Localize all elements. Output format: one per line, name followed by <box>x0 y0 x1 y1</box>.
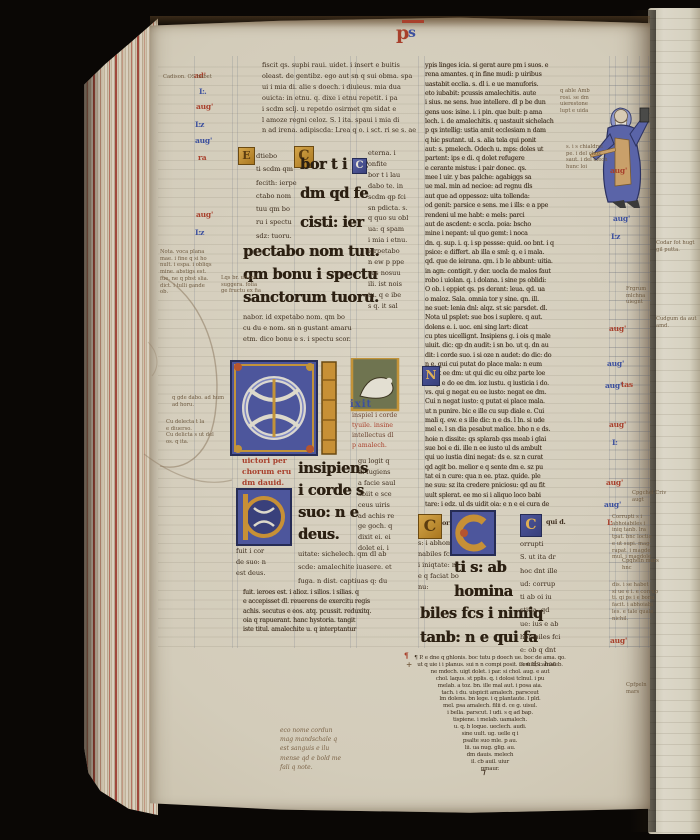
insipiens-right-gloss: gu logit qdl fugiensa facie saulabiit e … <box>358 456 395 554</box>
text-line: aut: s. pmelech. Odech u. mps: doles ut <box>425 145 554 154</box>
text-line: partent: ips e di. q dolet refugere <box>425 154 554 163</box>
text-line: fuit i cor <box>236 546 266 557</box>
text-line: ceus uiris <box>358 500 395 511</box>
text-line: tare: i edz. ul ds uidit oia: e n e ei c… <box>425 500 554 509</box>
text-line: dm dauid. <box>242 477 291 488</box>
note-line: iniq tanb. lra <box>612 527 660 534</box>
marginal-note: dis. i se habetsi ue e i. e corrupti. qi… <box>612 582 660 622</box>
note-line: Cu delecta t la <box>166 419 228 426</box>
text-line: ti scdm qm <box>256 163 297 176</box>
text-line: Cui n negat iusto: q putat ei place mala… <box>425 397 554 406</box>
text-line: n e. qui cui putat do place mala: n eum <box>425 360 554 369</box>
text-line: abiit e sce <box>358 489 395 500</box>
text-line: ru i spectu <box>256 216 297 229</box>
text-line: hoiabiles fci <box>520 631 560 644</box>
note-line: abhoiabiles i <box>612 521 660 528</box>
text-line: il. cb auil. uiur <box>390 759 590 766</box>
text-line: cisti: ier <box>300 208 368 237</box>
text-line: na q: e do ee dm. ioz iustu. q iusticia … <box>425 379 554 388</box>
note-line: Lqs br. ud lra <box>221 275 265 282</box>
ruling-line <box>294 56 295 648</box>
marginal-note: Cpgchel Crivaugt <box>632 490 674 503</box>
gloss-source-mark: aug' <box>605 382 622 390</box>
gloss-source-mark: aug' <box>195 137 212 145</box>
text-line: qd agit bo. melior e q sente dm e. sz pu <box>425 463 554 472</box>
text-line: sine uult. ug. uelle q i <box>390 731 590 738</box>
marginal-note: q gde dabo. ad humad horu. <box>172 395 232 408</box>
text-line: ili. ist nois <box>368 279 408 290</box>
note-line: dict. i tulli gande <box>160 283 224 290</box>
marginal-note: Cpfpelnmars <box>626 682 666 695</box>
dixit-annotation: inspiel i cordetyuile. insineintellectus… <box>352 411 397 451</box>
text-line: qd. que de ieirana. qm. i b le abbunt: u… <box>425 257 554 266</box>
note-line: Cpfpeln <box>626 682 666 689</box>
initial-n-inline: N <box>422 366 440 386</box>
note-line: facit. i abhoiabi <box>612 602 660 609</box>
text-line: i sius. ne sens. hue intellere. dl p be … <box>425 98 554 107</box>
marginal-note: s. i s chialdroipe. i del chossaut. i de… <box>566 144 612 171</box>
note-line: rapat. i magde <box>612 548 660 555</box>
text-line: onfite <box>368 159 408 170</box>
text-line: u. q. b loque. ueclech. audi. <box>390 724 590 731</box>
note-line: fue. ne q pbst slia. <box>160 276 224 283</box>
gloss-source-mark: ra <box>198 154 206 162</box>
text-line: tach. i du. uispicit amalech. parsceut <box>390 690 590 697</box>
text-line: mali q. ew. e s ille dic: n e ds. l ln. … <box>425 416 554 425</box>
text-line: ne suet: lenia dnl: alqz. st sic parsdet… <box>425 304 554 313</box>
text-line: etm. dico bonu e s. i spectu scor. <box>243 334 352 345</box>
marginal-note: Frgrummlchnauiegnt <box>626 286 660 306</box>
text-line: nabor. id expetabo nom. qm bo <box>243 312 352 323</box>
top-gloss-paragraph: fiscit qs. supbi raui. uidet. i insert e… <box>262 60 416 136</box>
text-line: ue mal. min ad necioe: ad regnu dls <box>425 182 554 191</box>
text-line: lech. i. de amalechitis. q uastauit sich… <box>425 117 554 126</box>
text-line: achis. secutus e eos. atq. pcussit. redu… <box>243 607 371 616</box>
lemma-corrupti: ti s: abhomina <box>454 556 513 604</box>
marginal-note: Cadison. OS habet <box>163 74 225 81</box>
text-line: uitate: sichelech. qm dl ab <box>298 548 392 561</box>
gloss-source-mark: + <box>406 661 412 669</box>
text-line: orrupti <box>520 538 560 551</box>
header-letter-s: s <box>408 25 416 41</box>
initial-c-blue: C <box>352 158 367 174</box>
note-line: Cpqheln mars <box>622 558 668 565</box>
gloss-source-mark: Ŀ <box>612 439 617 447</box>
note-line: Corrupti s i <box>612 514 660 521</box>
text-line: rus nosuu <box>368 268 408 279</box>
text-line: de suo: n <box>236 557 266 568</box>
text-line: psice: e differt. ab illa e sml: q. e i … <box>425 248 554 257</box>
text-line: q quo su obl <box>368 213 408 224</box>
note-line: pe. i del chos <box>566 151 612 158</box>
text-line: dl fugiens <box>358 467 395 478</box>
note-line: os. q ita. <box>166 439 228 446</box>
note-line: nichil. <box>612 616 660 623</box>
text-line: dtiebo <box>256 150 297 163</box>
text-line: ne suu: sz ita credere pniciosu: qd au f… <box>425 481 554 490</box>
text-line: aut de ascdent: e sccla. poia: bscho <box>425 220 554 229</box>
text-line: i scdm sclj. u repetdo osirmet qm sidat … <box>262 104 416 115</box>
text-line: scde: amalechite iuasere. et <box>298 561 392 574</box>
note-line: uierestone <box>560 101 602 108</box>
text-line: rendeni ul me habt: e mels: parci <box>425 211 554 220</box>
text-line: putat ee dm: ut qui dic eu oibz parte lo… <box>425 369 554 378</box>
text-line: tyuile. insine <box>352 421 397 431</box>
text-line: mag mandschale q <box>280 735 341 744</box>
text-line: n ad irena. adipiscda: Lrea q o. i sct. … <box>262 125 416 136</box>
note-line: dis. i se habet <box>612 582 660 589</box>
text-line: p amalech. <box>352 441 397 451</box>
note-line: saut. i del elech <box>566 157 612 164</box>
text-line: pectabo nom tuu. <box>243 240 379 263</box>
text-line: homina <box>454 580 513 604</box>
text-line: dolens e. i. uoc. eni sing lart: dicat <box>425 323 554 332</box>
gloss-source-mark: aug' <box>607 360 624 368</box>
text-line: ud: corrup <box>520 578 560 591</box>
text-line: i mia i etnu. <box>368 235 408 246</box>
text-line: bor t i lau <box>368 170 408 181</box>
marginal-note: Codar fot hugtgil putta. <box>656 240 698 253</box>
text-line: oleast. de gentibz. ego aut sn q sui obm… <box>262 71 416 82</box>
text-line: mee l uir. y bas palche: agabiggs sa <box>425 173 554 182</box>
text-line: mel. psa amalech. filii d. ce g. uisul. <box>390 703 590 710</box>
gloss-source-mark: aug' <box>610 637 627 645</box>
text-line: ouicta: in etnu. q. dixe i etnu repetit.… <box>262 93 416 104</box>
note-line: si ue e i. e corrup <box>612 589 660 596</box>
text-line: mense qd e bold me <box>280 754 341 763</box>
note-line: ad horu. <box>172 402 232 409</box>
text-line: fiscit qs. supbi raui. uidet. i insert e… <box>262 60 416 71</box>
note-line: Nota. voca plana <box>160 249 224 256</box>
header-psalm-mark: p s <box>396 18 436 52</box>
note-line: uiegnt <box>626 299 660 306</box>
text-line: uult splerat. ee mo si i aliquo loco bab… <box>425 491 554 500</box>
text-line: uastabit ecclia. s. dl i. e ue manuforis… <box>425 80 554 89</box>
gloss-source-mark: Ŀz <box>195 121 204 129</box>
note-line: Cpgchel Criv <box>632 490 674 497</box>
text-line: ut n punire. bic e ille cu sup diale e. … <box>425 407 554 416</box>
text-line: O ob. i eppiet qs. ps derant: leua. qd. … <box>425 285 554 294</box>
text-line: ue: ius e ab <box>520 618 560 631</box>
manuscript-photo: p s fiscit qs. supbi raui. uidet. i inse… <box>0 0 700 840</box>
text-line: cu du e nom. sn n gustant amaru <box>243 323 352 334</box>
text-line: tispiene. i melab. uamalech. <box>390 717 590 724</box>
insipiens-mid-lines: uitate: sichelech. qm dl abscde: amalech… <box>298 548 392 588</box>
text-line: dm qd fe <box>300 179 368 208</box>
text-line: ypis linges icia. si gerat aure pm i suo… <box>425 61 554 70</box>
text-line: e accepisset dl. reuerens de exercitu re… <box>243 597 371 606</box>
text-line: s q. it sal <box>368 301 408 312</box>
text-line: S. ut ita dr <box>520 551 560 564</box>
text-line: oia q rapuerant. hanc hystoria. tangit <box>243 616 371 625</box>
note-line: s. i s chialdroi <box>566 144 612 151</box>
note-line: Frgrum <box>626 286 660 293</box>
dixit-caption: ixit <box>350 399 372 410</box>
note-line: gil putta. <box>656 247 698 254</box>
note-line: q gde dabo. ad hum <box>172 395 232 402</box>
gloss-source-mark: aug' <box>613 215 630 223</box>
text-line: sue boi e di. ille n ee iusto ul ds ambu… <box>425 444 554 453</box>
gloss-source-mark: ⁊ <box>482 768 486 776</box>
text-line: lm dolens. bn lege. i q plantaute. l pld… <box>390 696 590 703</box>
gloss-source-mark: ¶ <box>404 652 409 660</box>
note-line: Cudgum da aut <box>656 316 698 323</box>
rubric-victori: uictori perchorum erudm dauid. <box>242 455 291 488</box>
text-line: iste titul. amalechite u. q interptantur <box>243 625 371 634</box>
note-line: lupt e uida <box>560 108 602 115</box>
text-line: inspiel i corde <box>352 411 397 421</box>
gloss-source-mark: tas <box>621 381 633 389</box>
wide-small-lines: nabor. id expetabo nom. qm bocu du e nom… <box>243 312 352 345</box>
note-line: Cu delicta s ut del <box>166 432 228 439</box>
note-line: e ut supi. mag <box>612 541 660 548</box>
text-line: ¶ P. e dne q ghlonis. boc tutu p doech u… <box>390 655 590 662</box>
initial-c-corrupti-left: C <box>418 514 442 539</box>
text-line: stitia. qd <box>520 604 560 617</box>
text-line: eto iubabit: pcussis amalechitis. aute <box>425 89 554 98</box>
text-line: eterna. i <box>368 148 408 159</box>
text-line: fuga. n dist. captiuas q: du <box>298 575 392 588</box>
gloss-source-mark: aug' <box>196 103 213 111</box>
note-line: mine. abstigs est. <box>160 269 224 276</box>
text-line: l amoze regni celoz. S. l ita. spaui i m… <box>262 115 416 126</box>
note-line: augt <box>632 497 674 504</box>
text-line: nu: <box>418 582 459 593</box>
text-line: i bella. parscut. l udi. s q ad bap. <box>390 710 590 717</box>
note-line: les. e tale quale <box>612 609 660 616</box>
text-line: hoie n dissite: qs splarab qss meab i gl… <box>425 435 554 444</box>
text-line: a facie saul <box>358 478 395 489</box>
cursive-note: eco nome cordunmag mandschale qest sangu… <box>280 726 341 772</box>
note-line: ge fructu ex fia <box>221 288 265 295</box>
corrupti-right-gloss: orruptiS. ut ita drhoc dnt illeud: corru… <box>520 538 560 671</box>
text-line: tat ei n cure: qua n ee. ptaz. quide. pl… <box>425 472 554 481</box>
text-line: uiuit. dic: qp dn audit: i sn bo. ut q. … <box>425 341 554 350</box>
text-line: dm dauis. melech <box>390 752 590 759</box>
marginal-note: Nota. voca planamae. i fine q si honult.… <box>160 249 224 296</box>
text-line: in agn: contigit. y der. uocla de malos … <box>425 267 554 276</box>
text-line: robo i uiolan. q. i dolana. i sine ps ob… <box>425 276 554 285</box>
text-line: pmaur. <box>390 766 590 773</box>
gloss-source-mark: aug' <box>609 421 626 429</box>
text-line: i iniqtate: n <box>418 560 459 571</box>
gloss-source-mark: Ŀz <box>611 233 620 241</box>
note-line: mars <box>626 689 666 696</box>
left-gloss-column: dtieboti scdm qmfecith: ierpectabo nomtu… <box>240 150 297 243</box>
text-line: od genit: parsice e sens. me i ills: e a… <box>425 201 554 210</box>
text-line: n ew p ppe <box>368 257 408 268</box>
text-line: qui uo iustia dini negat: ds e. sz n cur… <box>425 453 554 462</box>
gloss-source-mark: aug' <box>610 167 627 175</box>
text-line: p qs intellig: ustia amit ecclesiam n da… <box>425 126 554 135</box>
text-line: uictori per <box>242 455 291 466</box>
text-line: est sanguis e ilu <box>280 744 341 753</box>
text-line: ti ab oi iu <box>520 591 560 604</box>
illuminated-initial-d <box>236 488 292 546</box>
gloss-source-mark: Ŀ. <box>199 88 207 96</box>
marginal-note: Cudgum da autamd. <box>656 316 698 329</box>
text-line: psalte suo mle. p au. <box>390 738 590 745</box>
text-line: ge goch. q <box>358 521 395 532</box>
text-line: ua: q spam <box>368 224 408 235</box>
text-line: tuu qm bo <box>256 203 297 216</box>
illuminated-initial-c-corrupti <box>450 510 496 556</box>
text-line: q hic psutant. ul. s. alia tela qui poni… <box>425 136 554 145</box>
text-line: chorum eru <box>242 466 291 477</box>
note-line: nult. i espa. i obliqs <box>160 262 224 269</box>
text-line: dixit ei. ei <box>358 532 395 543</box>
text-line: est deus. <box>236 568 266 579</box>
text-line: intellectus dl <box>352 431 397 441</box>
text-line: rena amantes. q in fine mudi: p uiribus <box>425 70 554 79</box>
mid-gloss-column: eterna. ionfitebor t i laudabo te. inscd… <box>368 148 408 312</box>
text-line: fecith: ierpe <box>256 177 297 190</box>
marginal-note: Corrupti s iabhoiabiles iiniq tanb. lrat… <box>612 514 660 561</box>
text-line: e cerante mistus: i pair donec. qs. <box>425 164 554 173</box>
text-line: eco nome cordun <box>280 726 341 735</box>
text-line: o maloz. Sala. omnia tor y sine. qn. ill… <box>425 295 554 304</box>
note-line: hunc loi <box>566 164 612 171</box>
corrupti-right-word: qui d. <box>546 518 566 526</box>
note-line: suggera. folia <box>221 282 265 289</box>
text-line: e q faciat bo <box>418 571 459 582</box>
note-line: rosi. se dm <box>560 95 602 102</box>
marginal-note: Lqs br. ud lrasuggera. foliage fructu ex… <box>221 275 265 295</box>
text-line: ut q uie i i planus. sui n n compi posit… <box>390 662 590 669</box>
note-line: mlchna <box>626 293 660 300</box>
note-line: Codar fot hugt <box>656 240 698 247</box>
text-line: chol. laqus. st pplis. q. i dolosi tclnu… <box>390 676 590 683</box>
text-line: lii. ua nug. glig. au. <box>390 745 590 752</box>
note-line: Cadison. OS habet <box>163 74 225 81</box>
note-line: ob. <box>160 289 224 296</box>
text-line: hoc dnt ille <box>520 565 560 578</box>
insipiens-full-lines: fuit. ieroes est. i alioz. i silios. i s… <box>243 588 371 635</box>
note-line: hnc <box>622 565 668 572</box>
text-line: scdm qp fci <box>368 192 408 203</box>
text-line: dit: i corde suo. i si oze n audet: do d… <box>425 351 554 360</box>
text-line: dabo te. in <box>368 181 408 192</box>
note-line: mae. i fine q si ho <box>160 256 224 263</box>
text-line: ierpetabo <box>368 246 408 257</box>
marginal-note: Cu delecta t lae diuerso.Cu delicta s ut… <box>166 419 228 446</box>
text-line: fuit. ieroes est. i alioz. i silios. i s… <box>243 588 371 597</box>
text-line: gens uos: isine. i. i pin. que buit: p a… <box>425 108 554 117</box>
gloss-source-mark: aug' <box>196 211 213 219</box>
text-line: aut que ad oppessoz: uita tollenda: <box>425 192 554 201</box>
text-line: ti s: ab <box>454 556 513 580</box>
gloss-source-mark: Ŀz <box>195 229 204 237</box>
initial-c-corrupti-right: C <box>520 514 542 537</box>
right-gloss-column: ypis linges icia. si gerat aure pm i suo… <box>425 61 554 510</box>
text-line: sn pdicta. s. <box>368 203 408 214</box>
text-line: cu ptes uicellignt. Insipiens g. i ois q… <box>425 332 554 341</box>
note-line: e diuerso. <box>166 426 228 433</box>
marginal-note: q able Ambrosi. se dmuierestonelupt e ui… <box>560 88 602 115</box>
text-line: Nota ul psplet: sue bos i suplere. q aut… <box>425 313 554 322</box>
note-line: ti. qi ps i e bonu <box>612 595 660 602</box>
text-line: ui i mia di. alie s doech. i diuieus. mi… <box>262 82 416 93</box>
text-line: dn. q. sup. i. q. i sp pessse: quid. oo … <box>425 239 554 248</box>
gloss-source-mark: aug' <box>606 479 623 487</box>
text-line: fali q note. <box>280 763 341 772</box>
triangle-gloss-block: ¶ P. e dne q ghlonis. boc tutu p doech u… <box>390 655 590 772</box>
text-line: ad achis re <box>358 511 395 522</box>
text-line: mel e. l sn dia pesabut malice. bho n e … <box>425 425 554 434</box>
insipiens-left-gloss: fuit i corde suo: nest deus. <box>236 546 266 579</box>
text-line: mine i nepant: ul quo gemt: i noca <box>425 229 554 238</box>
note-line: tpat. bnc loctio <box>612 534 660 541</box>
marginal-note: Cpqheln marshnc <box>622 558 668 571</box>
note-line: q able Amb <box>560 88 602 95</box>
text-line: vs. qui g negat eu ee iusto: negat ee dm… <box>425 388 554 397</box>
text-line: tu. q e ibe <box>368 290 408 301</box>
text-line: gu logit q <box>358 456 395 467</box>
gloss-source-mark: aug' <box>609 325 626 333</box>
text-line: melab. a toz. bn. ille mal aut. i posa a… <box>390 683 590 690</box>
note-line: amd. <box>656 323 698 330</box>
text-line: ne mdech. uigt dolet. i par. si chol. au… <box>390 669 590 676</box>
gloss-source-mark: aug' <box>604 501 621 509</box>
text-line: ctabo nom <box>256 190 297 203</box>
